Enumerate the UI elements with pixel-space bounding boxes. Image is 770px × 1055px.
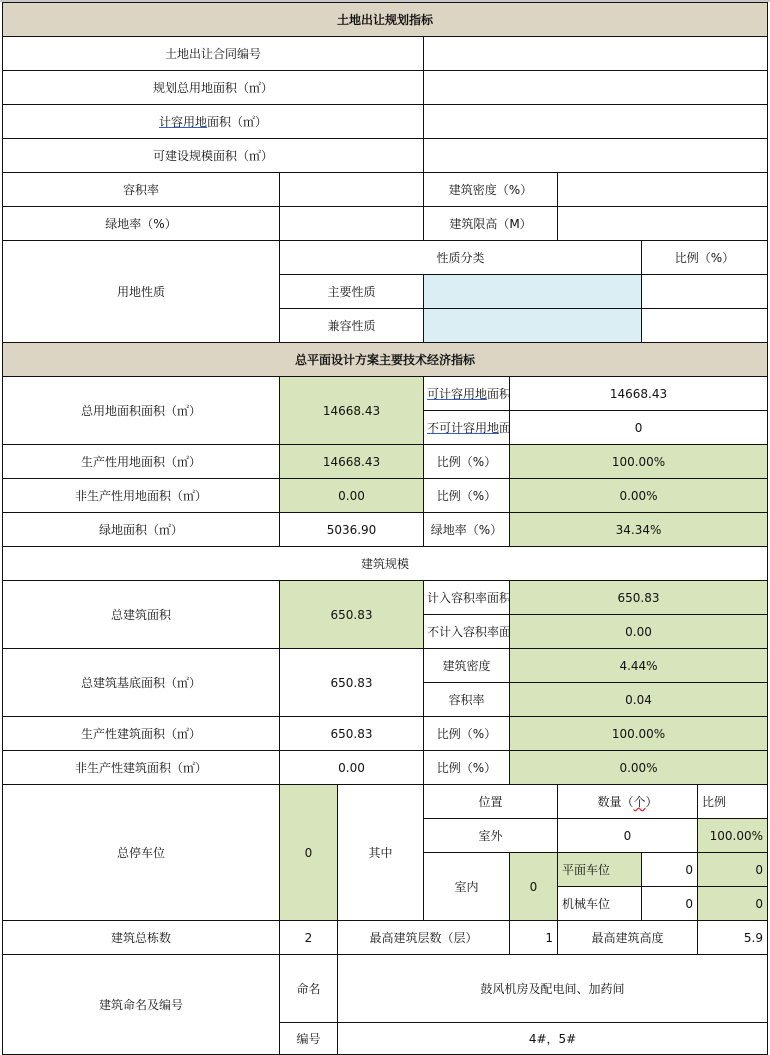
section-title-site-plan: 总平面设计方案主要技术经济指标 (3, 343, 768, 377)
building-number-label: 编号 (280, 1023, 338, 1055)
prod-floor-label: 生产性建筑面积（㎡） (3, 717, 280, 751)
density-label: 建筑密度（%） (424, 173, 558, 207)
parking-surface-count[interactable]: 0 (642, 853, 698, 887)
compat-use-ratio-cell[interactable] (642, 309, 768, 343)
density-label-2: 建筑密度 (424, 649, 510, 683)
spellcheck-underlined-text: 个 (633, 795, 645, 809)
nonfar-floor-label: 不计入容积率面积（㎡） (424, 615, 510, 649)
nonprod-floor-ratio-label: 比例（%） (424, 751, 510, 785)
parking-mech-label: 机械车位 (558, 887, 642, 921)
density-cell-2[interactable]: 4.44% (510, 649, 768, 683)
total-floor-cell[interactable]: 650.83 (280, 581, 424, 649)
prod-land-ratio-label: 比例（%） (424, 445, 510, 479)
parking-among-label: 其中 (338, 785, 424, 921)
nonprod-land-label: 非生产性用地面积（㎡） (3, 479, 280, 513)
far-land-label-suffix: 面积（㎡） (487, 387, 509, 401)
nonfar-land-label: 不可计容用地面积（㎡） (424, 411, 510, 445)
count-header-text: 数量（ (597, 795, 633, 809)
main-use-label: 主要性质 (280, 275, 424, 309)
buildable-area-cell[interactable] (424, 139, 768, 173)
section-title-building-scale: 建筑规模 (3, 547, 768, 581)
building-name-label: 命名 (280, 955, 338, 1023)
total-plan-area-label: 规划总用地面积（㎡） (3, 71, 424, 105)
parking-indoor-label: 室内 (424, 853, 510, 921)
spellcheck-underlined-text: 可计容用地 (427, 387, 487, 401)
spellcheck-underlined-text: 不可计容用地 (427, 421, 499, 435)
far-cell[interactable] (280, 173, 424, 207)
nonprod-land-ratio-cell[interactable]: 0.00% (510, 479, 768, 513)
nonprod-land-ratio-label: 比例（%） (424, 479, 510, 513)
far-label: 容积率 (3, 173, 280, 207)
max-floors-cell[interactable]: 1 (510, 921, 558, 955)
far-land-area-label: 计容用地面积（㎡） (3, 105, 424, 139)
prod-floor-ratio-cell[interactable]: 100.00% (510, 717, 768, 751)
category-header: 性质分类 (280, 241, 642, 275)
footprint-label: 总建筑基底面积（㎡） (3, 649, 280, 717)
nonprod-floor-label: 非生产性建筑面积（㎡） (3, 751, 280, 785)
green-area-cell[interactable]: 5036.90 (280, 513, 424, 547)
parking-surface-ratio[interactable]: 0 (698, 853, 768, 887)
building-count-label: 建筑总栋数 (3, 921, 280, 955)
max-floors-label: 最高建筑层数（层） (338, 921, 510, 955)
ratio-header: 比例（%） (642, 241, 768, 275)
section-title-land-transfer: 土地出让规划指标 (3, 3, 768, 37)
green-area-label: 绿地面积（㎡） (3, 513, 280, 547)
contract-no-cell[interactable] (424, 37, 768, 71)
compat-use-cell[interactable] (424, 309, 642, 343)
prod-floor-cell[interactable]: 650.83 (280, 717, 424, 751)
green-rate-label-2: 绿地率（%） (424, 513, 510, 547)
prod-land-label: 生产性用地面积（㎡） (3, 445, 280, 479)
footprint-cell[interactable]: 650.83 (280, 649, 424, 717)
parking-ratio-header: 比例 (698, 785, 768, 819)
density-cell[interactable] (558, 173, 768, 207)
parking-mech-ratio[interactable]: 0 (698, 887, 768, 921)
prod-land-cell[interactable]: 14668.43 (280, 445, 424, 479)
max-height-cell[interactable]: 5.9 (698, 921, 768, 955)
building-naming-label: 建筑命名及编号 (3, 955, 280, 1055)
parking-count-header: 数量（个） (558, 785, 698, 819)
count-header-close: ） (646, 795, 658, 809)
far-land-cell[interactable]: 14668.43 (510, 377, 768, 411)
spellcheck-underlined-text: 计容用地 (159, 115, 207, 129)
parking-location-header: 位置 (424, 785, 558, 819)
far-label-2: 容积率 (424, 683, 510, 717)
nonfar-floor-cell[interactable]: 0.00 (510, 615, 768, 649)
parking-outdoor-label: 室外 (424, 819, 558, 853)
main-use-ratio-cell[interactable] (642, 275, 768, 309)
parking-outdoor-count[interactable]: 0 (558, 819, 698, 853)
green-rate-cell-2[interactable]: 34.34% (510, 513, 768, 547)
compat-use-label: 兼容性质 (280, 309, 424, 343)
nonfar-land-cell[interactable]: 0 (510, 411, 768, 445)
parking-label: 总停车位 (3, 785, 280, 921)
land-use-label: 用地性质 (3, 241, 280, 343)
far-floor-cell[interactable]: 650.83 (510, 581, 768, 615)
buildable-area-label: 可建设规模面积（㎡） (3, 139, 424, 173)
main-use-cell[interactable] (424, 275, 642, 309)
building-number-cell[interactable]: 4#，5# (338, 1023, 768, 1055)
contract-no-label: 土地出让合同编号 (3, 37, 424, 71)
far-land-area-label-suffix: 面积（㎡） (207, 115, 267, 129)
planning-indicator-sheet: 土地出让规划指标 土地出让合同编号 规划总用地面积（㎡） 计容用地面积（㎡） 可… (2, 2, 768, 1055)
height-limit-cell[interactable] (558, 207, 768, 241)
prod-land-ratio-cell[interactable]: 100.00% (510, 445, 768, 479)
building-name-cell[interactable]: 鼓风机房及配电间、加药间 (338, 955, 768, 1023)
total-floor-label: 总建筑面积 (3, 581, 280, 649)
height-limit-label: 建筑限高（M） (424, 207, 558, 241)
building-count-cell[interactable]: 2 (280, 921, 338, 955)
nonfar-land-label-suffix: 面积（㎡） (499, 421, 509, 435)
green-rate-cell[interactable] (280, 207, 424, 241)
far-land-area-cell[interactable] (424, 105, 768, 139)
nonprod-floor-cell[interactable]: 0.00 (280, 751, 424, 785)
total-land-cell[interactable]: 14668.43 (280, 377, 424, 445)
green-rate-label: 绿地率（%） (3, 207, 280, 241)
far-land-label: 可计容用地面积（㎡） (424, 377, 510, 411)
far-floor-label: 计入容积率面积（㎡） (424, 581, 510, 615)
total-land-label: 总用地面积面积（㎡） (3, 377, 280, 445)
parking-surface-label: 平面车位 (558, 853, 642, 887)
parking-mech-count[interactable]: 0 (642, 887, 698, 921)
parking-outdoor-ratio[interactable]: 100.00% (698, 819, 768, 853)
prod-floor-ratio-label: 比例（%） (424, 717, 510, 751)
parking-total-cell[interactable]: 0 (280, 785, 338, 921)
max-height-label: 最高建筑高度 (558, 921, 698, 955)
parking-indoor-count[interactable]: 0 (510, 853, 558, 921)
nonprod-land-cell[interactable]: 0.00 (280, 479, 424, 513)
nonprod-floor-ratio-cell[interactable]: 0.00% (510, 751, 768, 785)
total-plan-area-cell[interactable] (424, 71, 768, 105)
far-cell-2[interactable]: 0.04 (510, 683, 768, 717)
